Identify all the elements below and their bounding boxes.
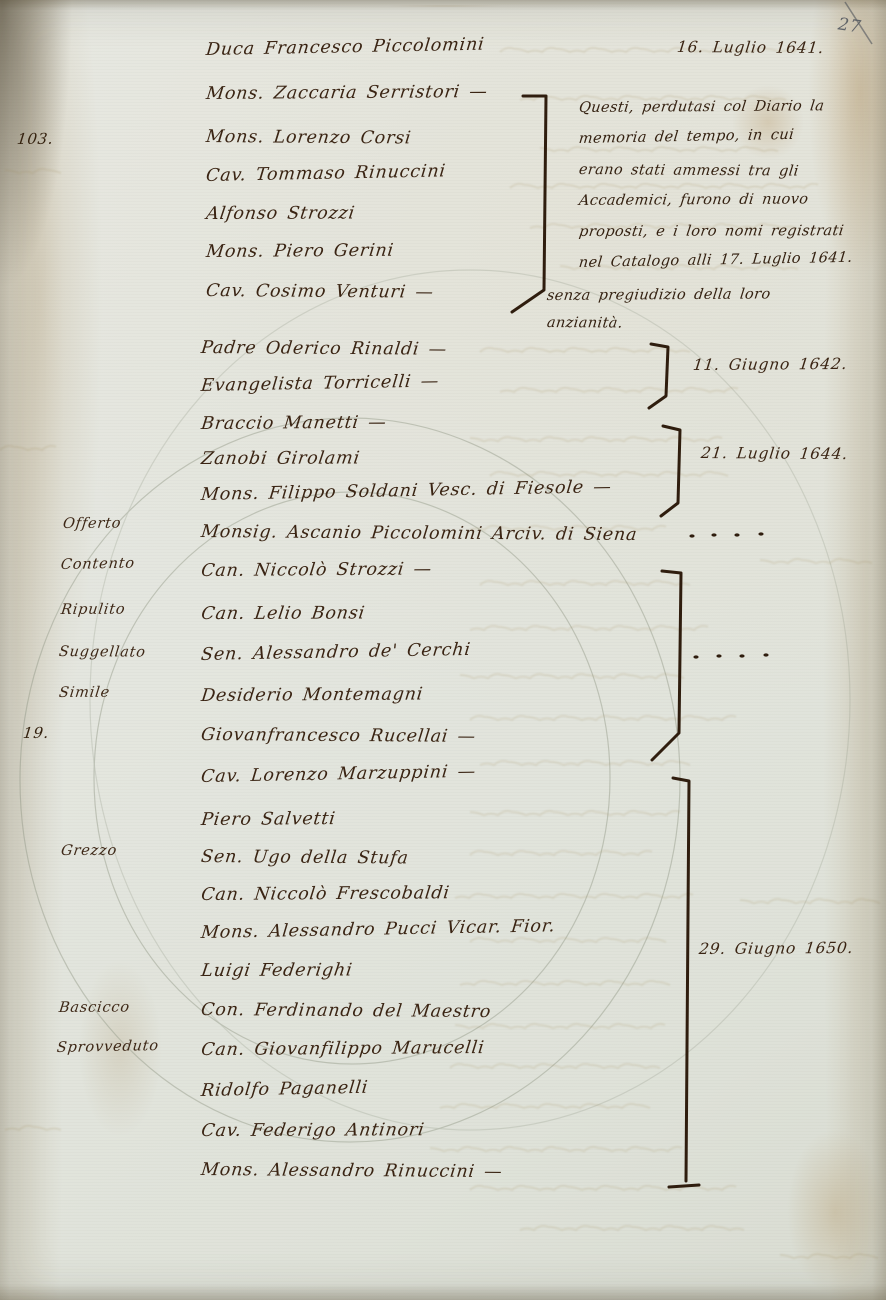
margin-number: 103. — [16, 130, 55, 148]
entry-name: Zanobi Girolami — [200, 448, 361, 469]
note-line: senza pregiudizio della loro — [546, 286, 772, 304]
entry-name: Con. Ferdinando del Maestro — [200, 1000, 492, 1022]
note-line: anzianità. — [546, 315, 624, 332]
margin-nickname: Grezzo — [60, 843, 118, 859]
entry-name: Ridolfo Paganelli — [200, 1078, 369, 1101]
dots-group4 — [693, 653, 768, 658]
entry-name: Mons. Alessandro Rinuccini — — [200, 1160, 504, 1182]
entry-date: 21. Luglio 1644. — [700, 444, 849, 463]
note-line: proposti, e i loro nomi registrati — [578, 223, 845, 240]
entry-name: Can. Niccolò Frescobaldi — [200, 883, 451, 905]
entry-name: Piero Salvetti — [200, 809, 337, 830]
entry-name: Can. Niccolò Strozzi — — [200, 559, 433, 581]
margin-nickname: Bascicco — [58, 1000, 131, 1016]
margin-nickname: Simile — [58, 685, 111, 701]
entry-name: Mons. Lorenzo Corsi — [205, 127, 412, 148]
entry-name: Padre Oderico Rinaldi — — [200, 338, 448, 360]
entry-name: Mons. Piero Gerini — [205, 241, 395, 262]
entry-name: Can. Lelio Bonsi — [200, 603, 366, 624]
manuscript-page: 27 103. 19. Duca Francesco Piccolomini 1… — [0, 0, 886, 1300]
bracket-group1 — [512, 96, 546, 312]
entry-name: Monsig. Ascanio Piccolomini Arciv. di Si… — [200, 522, 638, 545]
note-line: Questi, perdutasi col Diario la — [578, 98, 825, 116]
entry-date: 29. Giugno 1650. — [698, 939, 854, 958]
entry-date: 11. Giugno 1642. — [692, 355, 848, 374]
margin-nickname: Ripulito — [60, 602, 126, 618]
entry-name: Sen. Ugo della Stufa — [200, 847, 410, 868]
entry-name: Desiderio Montemagni — [200, 684, 424, 706]
entry-name: Cav. Cosimo Venturi — — [205, 281, 435, 303]
entry-name: Alfonso Strozzi — [205, 203, 356, 224]
entry-name: Braccio Manetti — — [200, 413, 388, 434]
entry-date: 16. Luglio 1641. — [676, 38, 825, 57]
dots-offerto-row — [689, 532, 763, 537]
entry-name: Luigi Federighi — [200, 960, 354, 981]
margin-nickname: Contento — [60, 556, 136, 573]
margin-nickname: Suggellato — [58, 644, 147, 661]
bracket-group2 — [649, 344, 668, 408]
entry-name: Can. Giovanfilippo Marucelli — [200, 1038, 486, 1060]
entry-name: Cav. Federigo Antinori — [200, 1120, 426, 1141]
entry-name: Mons. Zaccaria Serristori — — [205, 82, 489, 104]
folio-number: 27 — [837, 14, 863, 37]
margin-number: 19. — [22, 724, 50, 742]
entry-name: Giovanfrancesco Rucellai — — [200, 725, 477, 747]
margin-nickname: Sprovveduto — [56, 1038, 160, 1056]
note-line: erano stati ammessi tra gli — [578, 162, 800, 180]
note-line: Accademici, furono di nuovo — [578, 191, 809, 209]
bracket-group5 — [669, 778, 699, 1187]
margin-nickname: Offerto — [62, 516, 122, 532]
